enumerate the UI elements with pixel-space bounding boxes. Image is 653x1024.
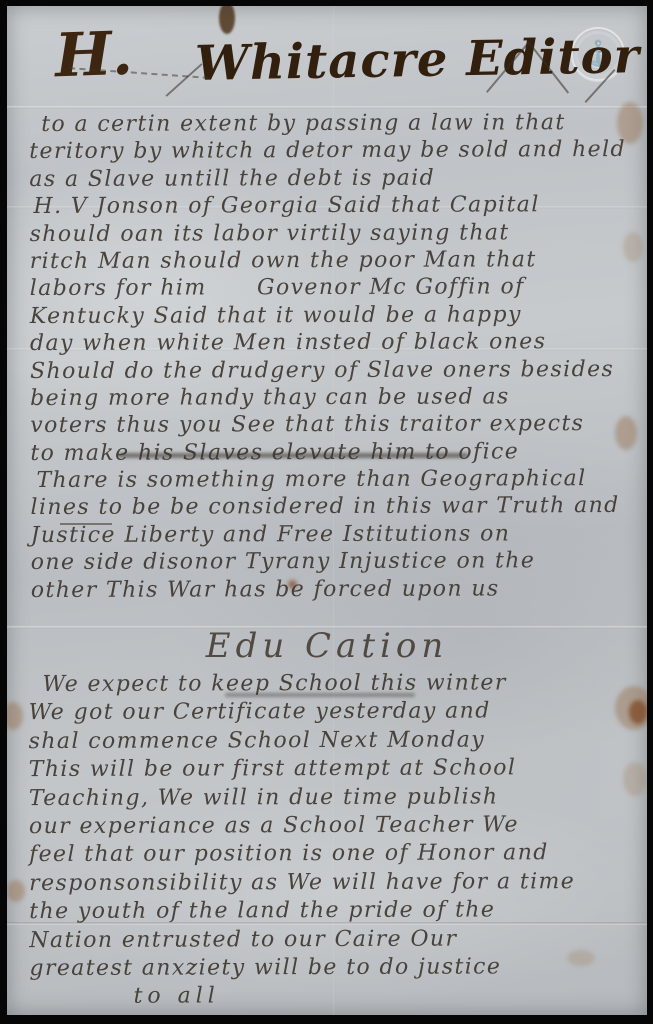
letter-line: the youth of the land the pride of the — [29, 896, 641, 927]
letter-page: ⚓ H. Whitacre Editor to a certin extent … — [7, 6, 647, 1015]
letter-line: should oan its labor virtily saying that — [30, 219, 638, 249]
letter-line: Justice Liberty and Free Istitutions on — [31, 520, 639, 550]
letter-line: to make his Slaves elevate him to ofice — [30, 438, 638, 468]
letter-line: feel that our position is one of Honor a… — [29, 839, 641, 870]
letter-line: as a Slave untill the debt is paid — [29, 164, 637, 194]
letter-line: to all — [133, 981, 641, 1011]
letter-line: lines to be be considered in this war Tr… — [30, 492, 638, 522]
letter-line: one side disonor Tyrany Injustice on the — [31, 547, 639, 577]
letter-line: H. V Jonson of Georgia Said that Capital — [33, 191, 637, 220]
letter-line: responsonsibility as We will have for a … — [29, 868, 641, 899]
letter-line: voters thus you See that this traitor ex… — [30, 410, 638, 440]
section-heading: Edu Cation — [7, 626, 647, 666]
letter-line: Nation entrusted to our Caire Our — [29, 924, 641, 955]
letter-line: Teaching, We will in due time publish — [29, 782, 641, 813]
letter-line: We got our Certificate yesterday and — [29, 697, 641, 728]
letter-line: greatest anxziety will be to do justice — [29, 953, 641, 984]
letter-line: other This War has be forced upon us — [31, 575, 639, 605]
section-body: We expect to keep School this winter We … — [28, 669, 641, 1012]
letter-line: teritory by whitch a detor may be sold a… — [29, 136, 637, 166]
letter-line: being more handy thay can be used as — [30, 383, 638, 413]
letter-line: day when white Men insted of black ones — [30, 328, 638, 358]
letter-line: shal commence School Next Monday — [29, 726, 641, 757]
letter-body: to a certin extent by passing a law in t… — [29, 109, 639, 604]
letter-line: This will be our first attempt at School — [29, 754, 641, 785]
letter-line: labors for him Govenor Mc Goffin of — [30, 273, 638, 303]
letter-line: We expect to keep School this winter — [42, 669, 640, 699]
scan-background: ⚓ H. Whitacre Editor to a certin extent … — [0, 0, 653, 1024]
letter-line: Should do the drudgery of Slave oners be… — [30, 355, 638, 385]
letter-line: to a certin extent by passing a law in t… — [41, 109, 637, 138]
letter-line: ritch Man should own the poor Man that — [30, 246, 638, 276]
stain — [7, 702, 23, 730]
stain — [7, 880, 25, 902]
heading-name: Whitacre Editor — [195, 28, 641, 92]
heading-initial: H. — [54, 19, 134, 92]
letter-line: Kentucky Said that it would be a happy — [30, 301, 638, 331]
letter-line: our experiance as a School Teacher We — [29, 811, 641, 842]
letter-line: Thare is something more than Geographica… — [36, 465, 638, 494]
letter-heading: H. Whitacre Editor — [7, 6, 647, 106]
